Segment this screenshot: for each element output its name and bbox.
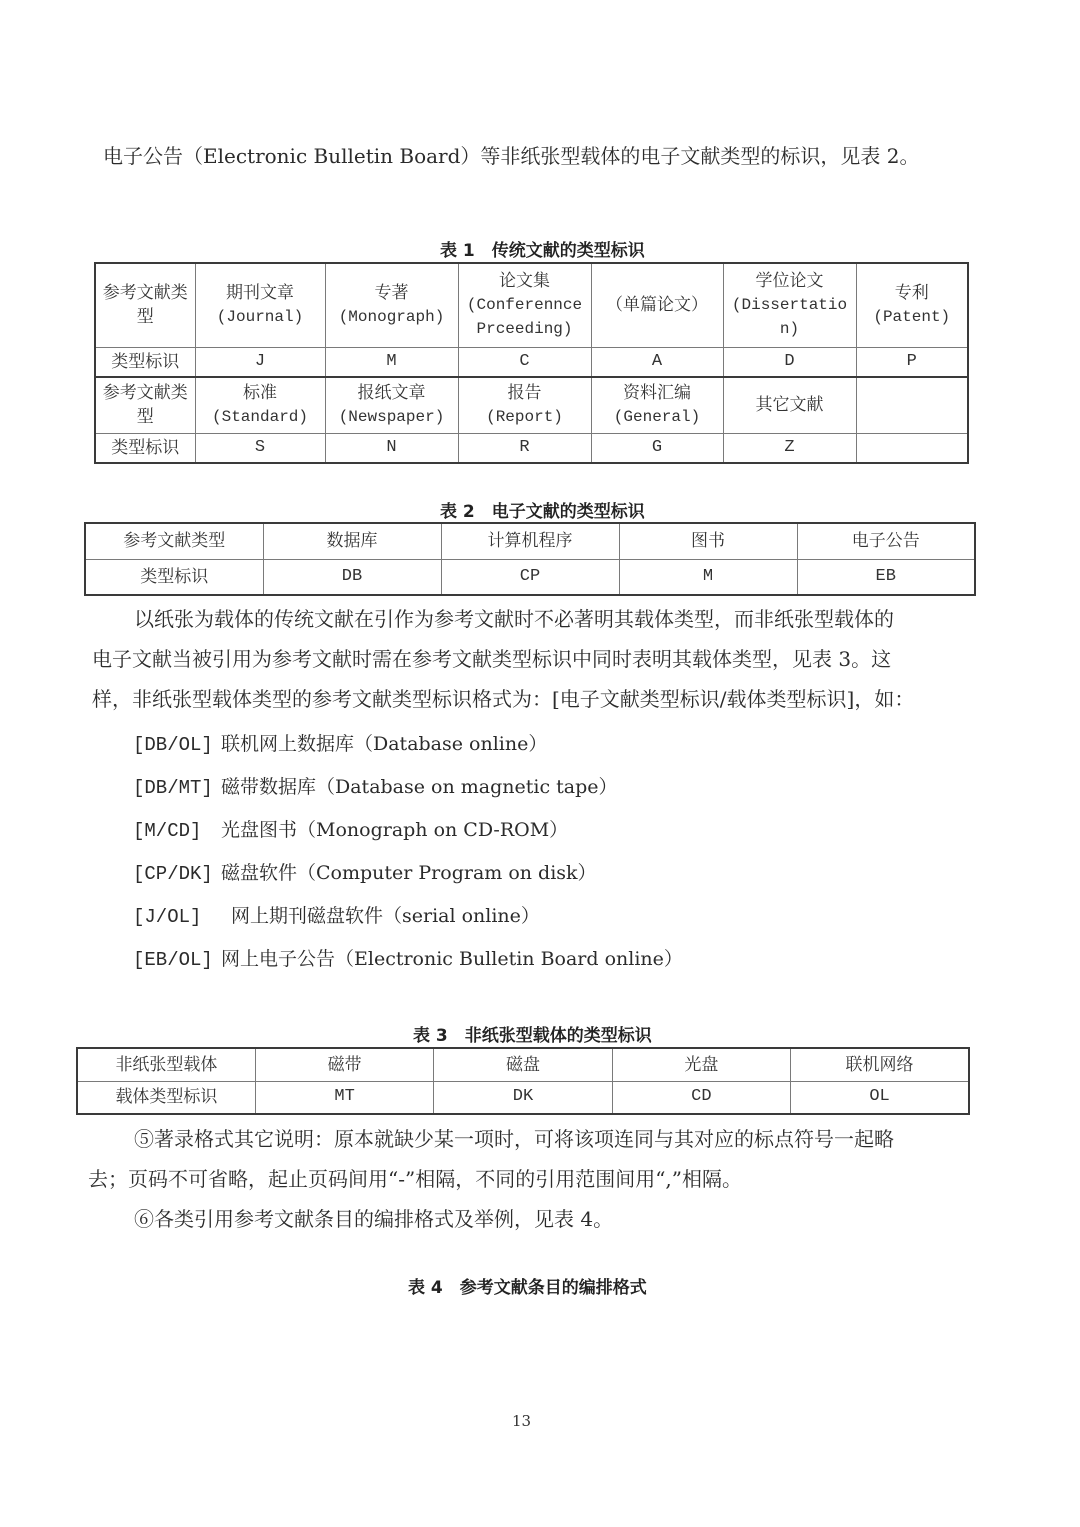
list-item: [J/OL]网上期刊磁盘软件（serial online） — [133, 895, 683, 938]
table1-cell: 标准(Standard) — [195, 377, 325, 433]
table2-cell: 电子公告 — [797, 523, 975, 559]
table1-cell: 其它文献 — [723, 377, 856, 433]
table1-cell-empty — [856, 377, 968, 433]
table1-code: R — [458, 433, 591, 463]
table3-cell: 联机网络 — [791, 1048, 969, 1081]
table2-caption: 表 2 电子文献的类型标识 — [440, 497, 645, 522]
table2-cell: 计算机程序 — [441, 523, 619, 559]
table2-header-code: 类型标识 — [85, 559, 263, 595]
table3-code: DK — [434, 1081, 612, 1114]
table2: 参考文献类型 数据库 计算机程序 图书 电子公告 类型标识 DB CP M EB — [84, 522, 976, 596]
list-item: [CP/DK]磁盘软件（Computer Program on disk） — [133, 852, 683, 895]
table1-code: N — [325, 433, 458, 463]
list-item: [DB/MT]磁带数据库（Database on magnetic tape） — [133, 766, 683, 809]
table3-cell: 光盘 — [612, 1048, 790, 1081]
table2-code: EB — [797, 559, 975, 595]
table1-code-row-1: 类型标识 J M C A D P — [95, 347, 968, 377]
paragraph-line: 电子文献当被引用为参考文献时需在参考文献类型标识中同时表明其载体类型，见表 3。… — [92, 639, 914, 679]
table1-cell: 资料汇编(General) — [591, 377, 723, 433]
note5-line: 去；页码不可省略，起止页码间用“-”相隔，不同的引用范围间用“,”相隔。 — [88, 1159, 894, 1199]
table1-code: A — [591, 347, 723, 377]
table1-header-type: 参考文献类型 — [95, 377, 195, 433]
table1-cell: 期刊文章(Journal) — [195, 263, 325, 347]
list-item: [EB/OL]网上电子公告（Electronic Bulletin Board … — [133, 938, 683, 981]
table2-code: M — [619, 559, 797, 595]
table3-header-code: 载体类型标识 — [77, 1081, 255, 1114]
note6: ⑥各类引用参考文献条目的编排格式及举例，见表 4。 — [88, 1199, 894, 1239]
table1-cell: 报纸文章(Newspaper) — [325, 377, 458, 433]
table3-code: MT — [255, 1081, 433, 1114]
intro-paragraph: 电子公告（Electronic Bulletin Board）等非纸张型载体的电… — [103, 136, 920, 176]
table3: 非纸张型载体 磁带 磁盘 光盘 联机网络 载体类型标识 MT DK CD OL — [76, 1047, 970, 1115]
table1-code-row-2: 类型标识 S N R G Z — [95, 433, 968, 463]
table3-code: OL — [791, 1081, 969, 1114]
table3-type-row: 非纸张型载体 磁带 磁盘 光盘 联机网络 — [77, 1048, 969, 1081]
table2-header-type: 参考文献类型 — [85, 523, 263, 559]
page-number: 13 — [512, 1412, 531, 1430]
notes-section: ⑤著录格式其它说明：原本就缺少某一项时，可将该项连同与其对应的标点符号一起略 去… — [88, 1119, 894, 1239]
table1-code: G — [591, 433, 723, 463]
table3-caption: 表 3 非纸张型载体的类型标识 — [413, 1021, 652, 1046]
list-item: [DB/OL]联机网上数据库（Database online） — [133, 723, 683, 766]
table1-code: P — [856, 347, 968, 377]
table1-code: Z — [723, 433, 856, 463]
table1-header-code: 类型标识 — [95, 347, 195, 377]
table2-code: DB — [263, 559, 441, 595]
table1-code: M — [325, 347, 458, 377]
table4-caption: 表 4 参考文献条目的编排格式 — [408, 1273, 647, 1298]
table1-code: C — [458, 347, 591, 377]
table2-cell: 数据库 — [263, 523, 441, 559]
paragraph-line: 样，非纸张型载体类型的参考文献类型标识格式为：[电子文献类型标识/载体类型标识]… — [92, 679, 914, 719]
table1-cell: （单篇论文） — [591, 263, 723, 347]
table1-code: S — [195, 433, 325, 463]
table1-cell: 论文集(Conferennce Prceeding) — [458, 263, 591, 347]
table1-caption: 表 1 传统文献的类型标识 — [440, 236, 645, 261]
table1-code: J — [195, 347, 325, 377]
table1-type-row-1: 参考文献类型 期刊文章(Journal) 专著(Monograph) 论文集(C… — [95, 263, 968, 347]
note5-line: ⑤著录格式其它说明：原本就缺少某一项时，可将该项连同与其对应的标点符号一起略 — [88, 1119, 894, 1159]
table1-cell: 报告(Report) — [458, 377, 591, 433]
table3-cell: 磁带 — [255, 1048, 433, 1081]
table3-code-row: 载体类型标识 MT DK CD OL — [77, 1081, 969, 1114]
table1-header-type: 参考文献类型 — [95, 263, 195, 347]
table2-code-row: 类型标识 DB CP M EB — [85, 559, 975, 595]
table1-header-code: 类型标识 — [95, 433, 195, 463]
table3-cell: 磁盘 — [434, 1048, 612, 1081]
table1-cell: 学位论文(Dissertation) — [723, 263, 856, 347]
examples-list: [DB/OL]联机网上数据库（Database online） [DB/MT]磁… — [133, 723, 683, 981]
table3-header-type: 非纸张型载体 — [77, 1048, 255, 1081]
paragraph-line: 以纸张为载体的传统文献在引作为参考文献时不必著明其载体类型，而非纸张型载体的 — [92, 599, 914, 639]
table1-code: D — [723, 347, 856, 377]
carrier-paragraph: 以纸张为载体的传统文献在引作为参考文献时不必著明其载体类型，而非纸张型载体的 电… — [92, 599, 914, 719]
table1: 参考文献类型 期刊文章(Journal) 专著(Monograph) 论文集(C… — [94, 262, 969, 464]
list-item: [M/CD]光盘图书（Monograph on CD-ROM） — [133, 809, 683, 852]
table2-type-row: 参考文献类型 数据库 计算机程序 图书 电子公告 — [85, 523, 975, 559]
table3-code: CD — [612, 1081, 790, 1114]
table1-cell: 专著(Monograph) — [325, 263, 458, 347]
table1-type-row-2: 参考文献类型 标准(Standard) 报纸文章(Newspaper) 报告(R… — [95, 377, 968, 433]
table2-cell: 图书 — [619, 523, 797, 559]
table1-code-empty — [856, 433, 968, 463]
table2-code: CP — [441, 559, 619, 595]
table1-cell: 专利(Patent) — [856, 263, 968, 347]
